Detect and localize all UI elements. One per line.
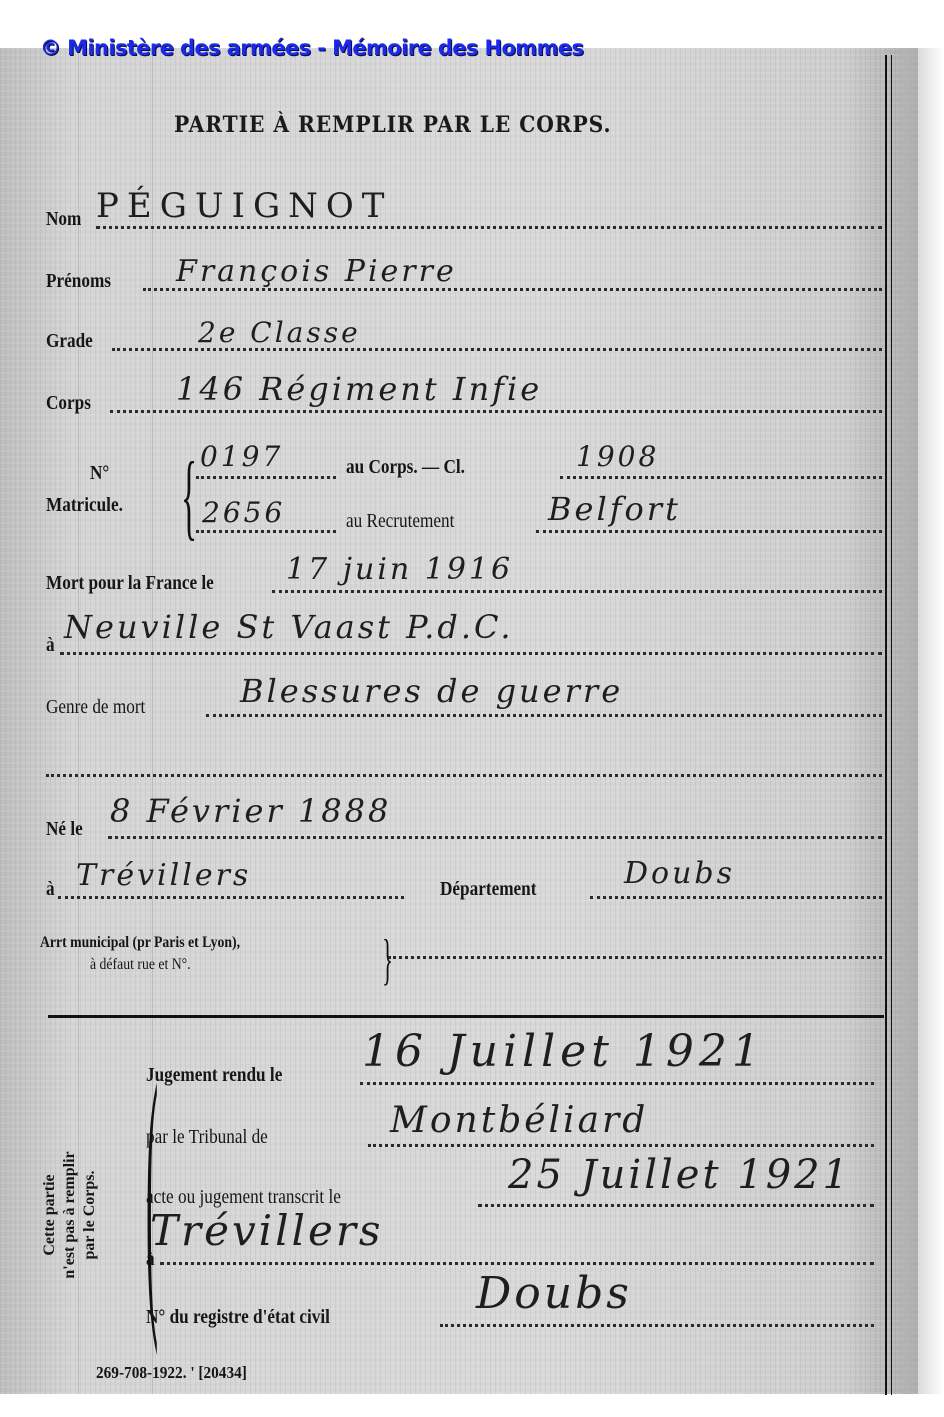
mort-date-label: Mort pour la France le [46,572,214,595]
form-title: PARTIE À REMPLIR PAR LE CORPS. [174,112,611,138]
tribunal-line [368,1144,874,1147]
corps-value: 146 Régiment Infie [176,370,542,408]
genre-mort-label: Genre de mort [46,696,145,719]
prenoms-value: François Pierre [176,254,457,289]
paper-shadow-edge [900,48,944,1394]
matricule-corps-label: au Corps. — Cl. [346,456,465,479]
transcrit-lieu-value: Trévillers [150,1206,383,1255]
naissance-lieu-line [58,896,404,899]
mort-lieu-line [60,652,882,655]
matricule-recrutement-line [196,530,336,533]
transcrit-lieu-line [160,1262,874,1265]
departement-value: Doubs [624,856,735,891]
genre-mort-value: Blessures de guerre [240,672,623,710]
jugement-rendu-value: 16 Juillet 1921 [362,1026,765,1077]
print-reference: 269-708-1922. ' [20434] [96,1363,247,1383]
section-divider [48,1015,884,1018]
grade-value: 2e Classe [198,316,361,349]
departement-line [590,896,882,899]
blank-line [46,774,882,777]
naissance-lieu-value: Trévillers [76,858,251,893]
naissance-date-label: Né le [46,818,83,841]
matricule-corps-line [196,476,336,479]
corps-line [110,410,882,413]
nom-value: PÉGUIGNOT [96,186,392,226]
arrondissement-sub-label: à défaut rue et N°. [90,956,191,974]
registre-line [440,1324,874,1327]
nom-label: Nom [46,208,81,231]
recrutement-place: Belfort [548,490,681,528]
side-note: Cette partie n'est pas à remplir par le … [30,1125,110,1305]
mort-lieu-value: Neuville St Vaast P.d.C. [64,608,514,646]
side-note-line2: n'est pas à remplir [60,1151,80,1278]
departement-label: Département [440,878,536,901]
recrutement-line [536,530,882,533]
matricule-label: Matricule. [46,494,123,517]
matricule-label-no: N° [90,462,109,485]
jugement-rendu-line [360,1082,874,1085]
side-note-line1: Cette partie [40,1151,60,1278]
nom-line [96,226,882,229]
arrondissement-brace: { [382,928,393,992]
arrondissement-label: Arrt municipal (pr Paris et Lyon), [40,934,240,952]
registre-label: N° du registre d'état civil [146,1306,330,1329]
naissance-lieu-label: à [46,878,55,901]
matricule-recrutement-number: 2656 [202,496,285,529]
naissance-date-value: 8 Février 1888 [110,792,391,830]
genre-mort-line [206,714,882,717]
matricule-brace: { [181,440,197,551]
tribunal-label: par le Tribunal de [146,1126,268,1149]
classe-value: 1908 [576,440,659,473]
matricule-corps-number: 0197 [200,440,283,473]
mort-lieu-label: à [46,634,55,657]
grade-label: Grade [46,330,93,353]
mort-date-line [272,590,882,593]
mort-date-value: 17 juin 1916 [286,552,513,587]
recrutement-label: au Recrutement [346,510,454,533]
side-note-line3: par le Corps. [80,1151,100,1278]
right-border-line [885,55,887,1395]
jugement-rendu-label: Jugement rendu le [146,1064,282,1087]
naissance-date-line [108,836,882,839]
classe-line [560,476,882,479]
tribunal-value: Montbéliard [390,1100,648,1141]
transcrit-line [478,1204,874,1207]
copyright-watermark: © Ministère des armées - Mémoire des Hom… [40,36,583,60]
prenoms-label: Prénoms [46,270,111,293]
arrondissement-line [388,956,882,959]
corps-label: Corps [46,392,91,415]
right-border-line-inner [891,55,892,1395]
registre-value: Doubs [476,1268,632,1319]
transcrit-value: 25 Juillet 1921 [508,1152,851,1198]
